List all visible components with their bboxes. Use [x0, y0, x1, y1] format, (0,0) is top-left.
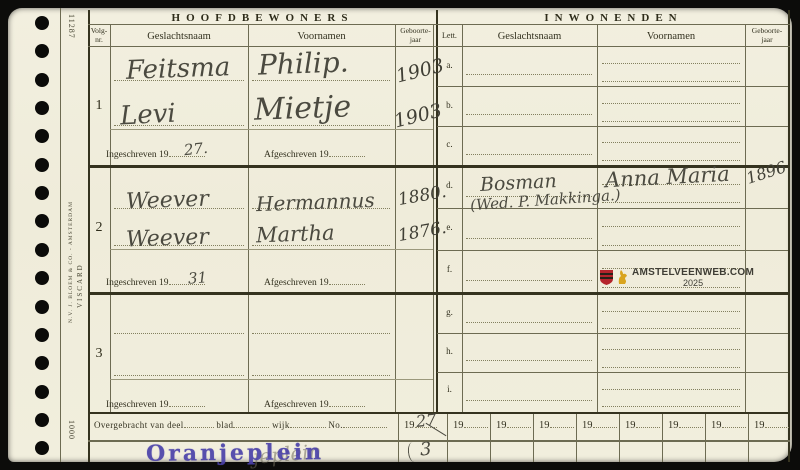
write-line: [602, 349, 740, 350]
printer-company: N.V. J. BLOEM & CO. - AMSTERDAM: [68, 143, 74, 323]
rule-line: [433, 24, 434, 412]
write-line: [602, 121, 740, 122]
handwritten-surname: Feitsma: [126, 54, 231, 84]
punch-hole: [35, 44, 49, 58]
write-line: [252, 333, 390, 334]
rule-line: [533, 412, 534, 462]
write-line: [602, 367, 740, 368]
transfer-row-label: Overgebracht van deel blad wijk No.: [94, 419, 387, 430]
rule-line: [88, 412, 790, 414]
write-line: [114, 375, 244, 376]
ingeschreven-label-3: Ingeschreven 19: [106, 398, 205, 410]
block-number-2: 2: [88, 220, 110, 236]
punch-hole: [35, 214, 49, 228]
punch-hole: [35, 300, 49, 314]
punch-hole: [35, 385, 49, 399]
punch-hole: [35, 16, 49, 30]
rule-line: [88, 10, 90, 462]
registration-card: 11287 VISCARD N.V. J. BLOEM & CO. - AMST…: [8, 8, 792, 462]
write-line: [602, 226, 740, 227]
serial-number-top: 11287: [67, 14, 76, 39]
afgeschreven-label-3: Afgeschreven 19: [264, 398, 365, 410]
write-line: [602, 406, 740, 407]
year-cell: 19: [582, 419, 617, 431]
rule-line: [437, 250, 788, 251]
watermark-year: 2025: [683, 278, 703, 288]
column-header-surname-right: Geslachtsnaam: [462, 31, 597, 42]
handwritten-firstnames: Mietje: [254, 92, 352, 125]
rule-line: [490, 412, 491, 462]
write-line: [466, 360, 592, 361]
rule-line: [110, 379, 433, 380]
afgeschreven-label-1: Afgeschreven 19: [264, 148, 365, 160]
lion-icon: [617, 269, 628, 285]
handwritten-house-number: 3: [419, 441, 432, 460]
rule-line: [788, 10, 790, 462]
punch-hole: [35, 328, 49, 342]
write-line: [602, 160, 740, 161]
write-line: [466, 400, 592, 401]
rule-line: [437, 126, 788, 127]
rule-line: [60, 8, 61, 462]
letter-label: g.: [437, 307, 462, 317]
rule-line: [745, 24, 746, 412]
rule-line: [462, 24, 463, 412]
write-line: [466, 114, 592, 115]
street-stamp: Oranjeplein: [146, 439, 324, 467]
year-cell: 19: [453, 419, 488, 431]
rule-line: [576, 412, 577, 462]
rule-line: [88, 24, 790, 25]
block-number-3: 3: [88, 346, 110, 362]
handwritten-surname: Levi: [119, 101, 176, 130]
write-line: [252, 375, 390, 376]
column-header-volgnr: Volg- nr.: [88, 27, 110, 44]
rule-line: [395, 24, 396, 412]
punch-hole: [35, 441, 49, 455]
rule-line: [248, 24, 249, 412]
handwritten-firstnames: Philip.: [258, 48, 349, 79]
punch-hole: [35, 129, 49, 143]
punch-hole: [35, 271, 49, 285]
letter-label: c.: [437, 139, 462, 149]
printer-name: VISCARD: [76, 158, 84, 308]
letter-label: d.: [437, 180, 462, 190]
column-header-surname-left: Geslachtsnaam: [110, 31, 248, 42]
punch-hole: [35, 73, 49, 87]
coat-of-arms-icon: [600, 270, 613, 285]
rule-line: [88, 46, 790, 47]
punch-hole: [35, 243, 49, 257]
punch-hole: [35, 413, 49, 427]
year-cell: 19: [711, 419, 746, 431]
punch-hole: [35, 356, 49, 370]
letter-label: b.: [437, 100, 462, 110]
handwritten-firstnames: Anna Maria: [605, 164, 731, 191]
watermark: AMSTELVEENWEB.COM 2025: [600, 260, 770, 294]
rule-line: [437, 86, 788, 87]
pen-stroke: [407, 441, 420, 462]
write-line: [602, 389, 740, 390]
punch-hole: [35, 158, 49, 172]
section-title-inwonenden: INWONENDEN: [437, 12, 790, 24]
write-line: [466, 154, 592, 155]
section-title-hoofdbewoners: HOOFDBEWONERS: [88, 12, 437, 24]
rule-line: [705, 412, 706, 462]
punch-hole: [35, 101, 49, 115]
rule-line: [597, 24, 598, 412]
write-line: [602, 311, 740, 312]
handwritten-surname: Weever: [126, 227, 210, 252]
year-cell: 19: [668, 419, 703, 431]
punch-hole: [35, 186, 49, 200]
handwritten-firstnames: Martha: [256, 223, 335, 247]
column-header-birthyear-right: Geboorte- jaar: [745, 27, 789, 44]
letter-label: e.: [437, 222, 462, 232]
write-line: [602, 142, 740, 143]
rule-line: [437, 372, 788, 373]
column-header-lett: Lett.: [437, 31, 462, 40]
letter-label: h.: [437, 346, 462, 356]
handwritten-year: 1896: [745, 159, 789, 187]
column-header-birthyear-left: Geboorte- jaar: [395, 27, 436, 44]
write-line: [602, 63, 740, 64]
column-header-firstnames-left: Voornamen: [248, 31, 395, 42]
write-line: [114, 333, 244, 334]
handwritten-firstnames: Hermannus: [256, 190, 375, 214]
handwritten-surname: Weever: [126, 189, 210, 214]
letter-label: i.: [437, 384, 462, 394]
write-line: [466, 322, 592, 323]
afgeschreven-label-2: Afgeschreven 19: [264, 276, 365, 288]
rule-line: [398, 412, 399, 462]
rule-line: [437, 333, 788, 334]
write-line: [602, 103, 740, 104]
handwritten-ingeschreven-year: 31: [188, 270, 208, 286]
watermark-site: AMSTELVEENWEB.COM: [632, 267, 754, 278]
rule-line: [662, 412, 663, 462]
year-cell: 19: [496, 419, 531, 431]
handwritten-ingeschreven-year: 27.: [183, 141, 208, 158]
column-header-firstnames-right: Voornamen: [597, 31, 745, 42]
letter-label: a.: [437, 60, 462, 70]
write-line: [602, 202, 740, 203]
year-cell: 19: [539, 419, 574, 431]
write-line: [466, 74, 592, 75]
rule-line: [447, 412, 448, 462]
year-cell: 19: [625, 419, 660, 431]
rule-line: [619, 412, 620, 462]
year-cell: 19: [754, 419, 789, 431]
rule-line: [110, 24, 111, 412]
write-line: [602, 328, 740, 329]
rule-line: [748, 412, 749, 462]
block-number-1: 1: [88, 98, 110, 114]
write-line: [602, 81, 740, 82]
scan-background: 11287 VISCARD N.V. J. BLOEM & CO. - AMST…: [0, 0, 800, 470]
letter-label: f.: [437, 264, 462, 274]
serial-number-bottom: 1000: [67, 420, 76, 440]
write-line: [466, 238, 592, 239]
write-line: [466, 280, 592, 281]
write-line: [602, 245, 740, 246]
